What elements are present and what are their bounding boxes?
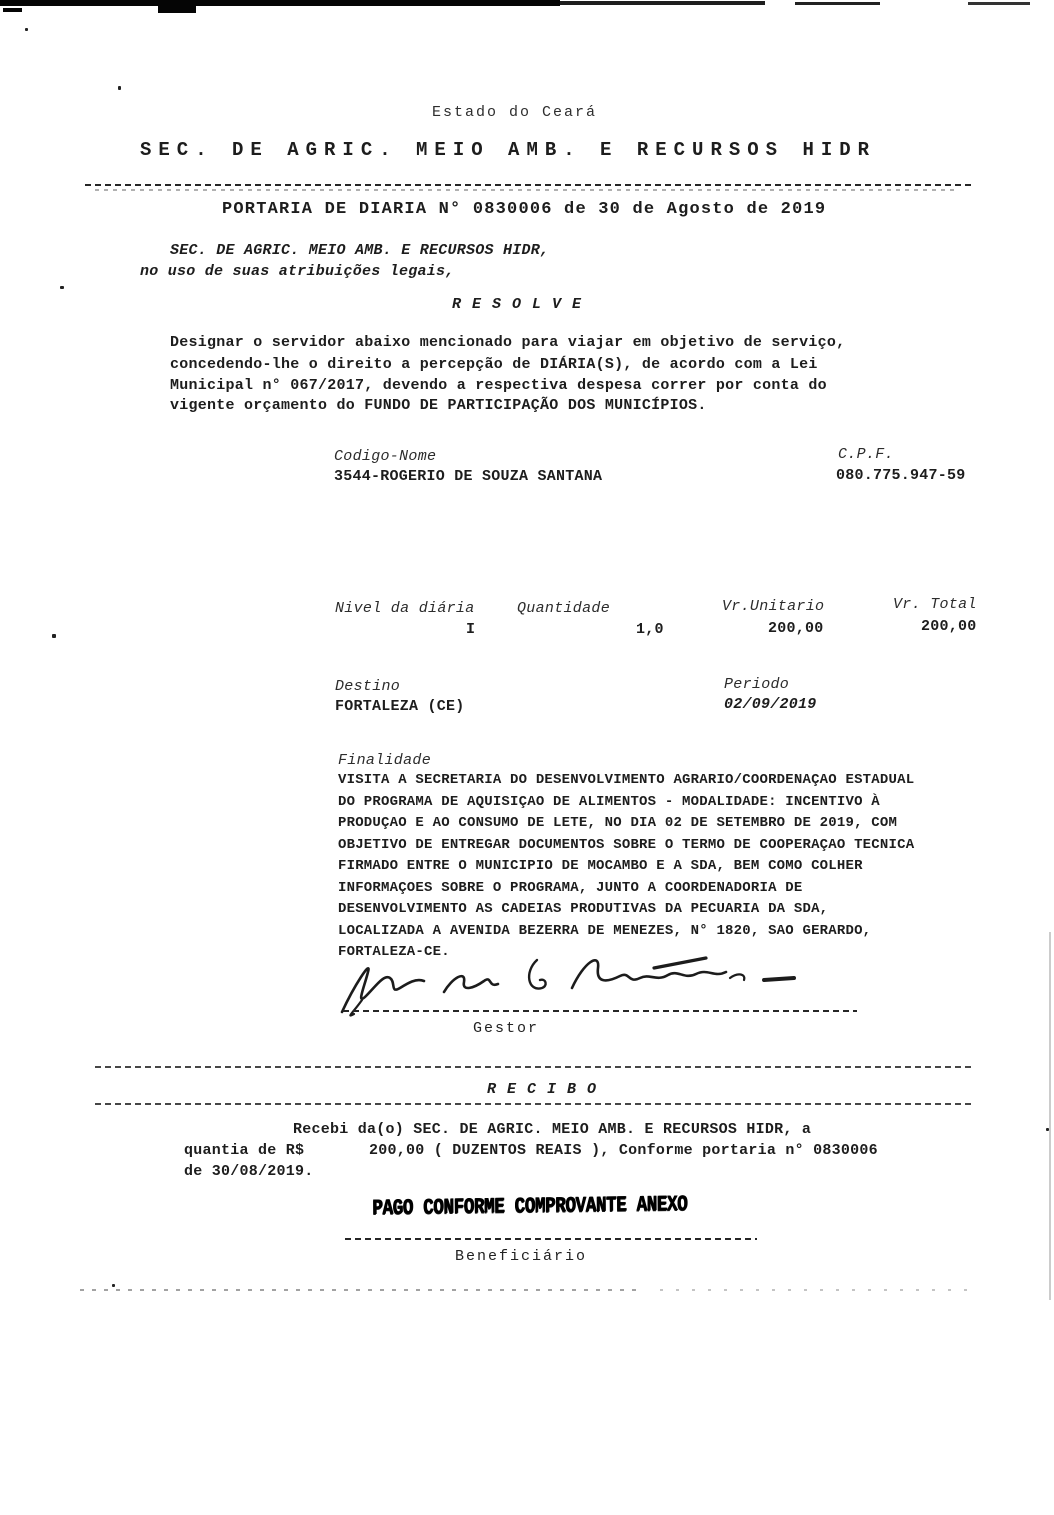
unit-value: 200,00 bbox=[768, 620, 824, 637]
scan-artifact-top-seg-2 bbox=[968, 2, 1030, 5]
purpose-line-5: FIRMADO ENTRE O MUNICIPIO DE MOCAMBO E A… bbox=[338, 858, 863, 874]
purpose-line-6: INFORMAÇOES SOBRE O PROGRAMA, JUNTO A CO… bbox=[338, 880, 802, 896]
pago-stamp: PAGO CONFORME COMPROVANTE ANEXO bbox=[372, 1192, 687, 1221]
scan-artifact-bottom-dots bbox=[80, 1289, 640, 1291]
resolve-heading: R E S O L V E bbox=[452, 296, 582, 313]
preamble-attrib-line: no uso de suas atribuições legais, bbox=[140, 263, 455, 280]
purpose-line-4: OBJETIVO DE ENTREGAR DOCUMENTOS SOBRE O … bbox=[338, 837, 914, 853]
scan-artifact-right-edge bbox=[1049, 932, 1051, 1300]
receipt-line-2: quantia de R$ 200,00 ( DUZENTOS REAIS ),… bbox=[184, 1142, 878, 1159]
divider-recibo-bottom bbox=[95, 1103, 975, 1105]
qty-label: Quantidade bbox=[517, 600, 610, 617]
scan-speck bbox=[112, 1284, 115, 1287]
destination-value: FORTALEZA (CE) bbox=[335, 698, 465, 715]
purpose-label: Finalidade bbox=[338, 752, 431, 769]
scan-speck bbox=[118, 86, 121, 90]
scan-speck bbox=[1046, 1128, 1049, 1131]
total-label: Vr. Total bbox=[893, 596, 977, 613]
scan-artifact-top-bar bbox=[0, 0, 560, 6]
receipt-line-1: Recebi da(o) SEC. DE AGRIC. MEIO AMB. E … bbox=[293, 1121, 811, 1138]
scan-speck bbox=[60, 286, 64, 289]
destination-label: Destino bbox=[335, 678, 400, 695]
purpose-line-3: PRODUÇAO E AO CONSUMO DE LETE, NO DIA 02… bbox=[338, 815, 897, 831]
receipt-line-3: de 30/08/2019. bbox=[184, 1163, 314, 1180]
signature-line-gestor bbox=[343, 1010, 857, 1012]
body-line-3: Municipal n° 067/2017, devendo a respect… bbox=[170, 377, 827, 394]
state-name: Estado do Ceará bbox=[432, 104, 597, 121]
scan-artifact-top-seg bbox=[795, 2, 880, 5]
signature-line-beneficiario bbox=[345, 1238, 757, 1240]
scan-speck bbox=[52, 634, 56, 638]
purpose-line-1: VISITA A SECRETARIA DO DESENVOLVIMENTO A… bbox=[338, 772, 914, 788]
divider-recibo-top bbox=[95, 1066, 975, 1068]
period-label: Periodo bbox=[724, 676, 789, 693]
org-name: SEC. DE AGRIC. MEIO AMB. E RECURSOS HIDR bbox=[140, 139, 876, 161]
scan-artifact-top-bar-2 bbox=[560, 1, 765, 5]
level-label: Nivel da diária bbox=[335, 600, 475, 617]
preamble-org-line: SEC. DE AGRIC. MEIO AMB. E RECURSOS HIDR… bbox=[170, 242, 549, 259]
scan-speck bbox=[25, 28, 28, 31]
level-value: I bbox=[466, 621, 475, 638]
divider-header bbox=[85, 184, 975, 186]
portaria-title: PORTARIA DE DIARIA N° 0830006 de 30 de A… bbox=[222, 200, 826, 219]
purpose-line-7: DESENVOLVIMENTO AS CADEIAS PRODUTIVAS DA… bbox=[338, 901, 828, 917]
gestor-label: Gestor bbox=[473, 1020, 539, 1037]
unit-label: Vr.Unitario bbox=[722, 598, 824, 615]
recibo-heading: R E C I B O bbox=[487, 1081, 597, 1098]
purpose-line-8: LOCALIZADA A AVENIDA BEZERRA DE MENEZES,… bbox=[338, 923, 871, 939]
cpf-value: 080.775.947-59 bbox=[836, 467, 966, 484]
body-line-4: vigente orçamento do FUNDO DE PARTICIPAÇ… bbox=[170, 397, 707, 414]
scan-artifact-bottom-dots-2 bbox=[660, 1289, 980, 1291]
total-value: 200,00 bbox=[921, 618, 977, 635]
code-name-value: 3544-ROGERIO DE SOUZA SANTANA bbox=[334, 468, 602, 485]
divider-header-echo bbox=[95, 189, 955, 191]
qty-value: 1,0 bbox=[636, 621, 664, 638]
code-name-label: Codigo-Nome bbox=[334, 448, 436, 465]
scan-artifact-top-blob bbox=[158, 0, 196, 13]
period-value: 02/09/2019 bbox=[724, 696, 817, 713]
body-line-1: Designar o servidor abaixo mencionado pa… bbox=[170, 334, 845, 351]
beneficiario-label: Beneficiário bbox=[455, 1248, 587, 1265]
scan-artifact-corner bbox=[3, 8, 22, 12]
scanned-document-page: Estado do Ceará SEC. DE AGRIC. MEIO AMB.… bbox=[0, 0, 1054, 1515]
cpf-label: C.P.F. bbox=[838, 446, 894, 463]
body-line-2: concedendo-lhe o direito a percepção de … bbox=[170, 356, 818, 373]
purpose-line-2: DO PROGRAMA DE AQUISIÇAO DE ALIMENTOS - … bbox=[338, 794, 880, 810]
